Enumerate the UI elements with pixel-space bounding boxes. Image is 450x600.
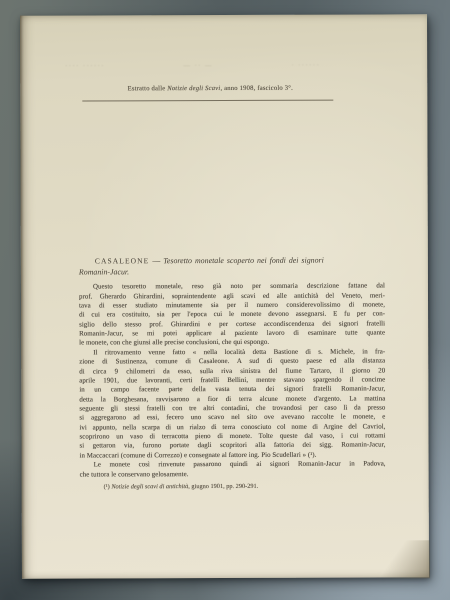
article-title: CASALEONE — Tesoretto monetale scoperto … xyxy=(79,254,385,278)
edition-note: Estratto dalle Notizie degli Scavi, anno… xyxy=(60,85,360,93)
show-through-marks: ···· ······ — ·· — · ······ xyxy=(65,62,320,70)
footnote-marker: (¹) xyxy=(104,484,112,491)
edition-note-suffix: , anno 1908, fascicolo 3°. xyxy=(220,85,293,92)
body-line: zione di Sustinenza, comune di Casaleone… xyxy=(79,357,385,367)
body-line: in un campo facente parte della vasta te… xyxy=(79,385,385,395)
journal-name: Notizie degli Scavi xyxy=(167,85,220,92)
title-italic-part2: Romanin-Jacur. xyxy=(79,268,129,277)
place-name: CASALEONE xyxy=(95,256,150,265)
document-page: ···· ······ — ·· — · ······ Estratto dal… xyxy=(20,14,429,578)
header-rule xyxy=(82,100,333,102)
body-text: Questo tesoretto monetale, reso già noto… xyxy=(79,282,386,480)
article-title-line2: Romanin-Jacur. xyxy=(79,266,385,278)
photo-background: ···· ······ — ·· — · ······ Estratto dal… xyxy=(0,0,450,600)
title-dash: — xyxy=(149,256,163,265)
edition-note-prefix: Estratto dalle xyxy=(128,85,168,92)
footnote-journal: Notizie degli scavi di antichità xyxy=(111,483,188,490)
body-line: Romanin-Jacur, se mi potei applicare al … xyxy=(79,329,385,339)
page-corner-fold xyxy=(374,540,430,578)
body-line: si gettaron via, furono portate dagli sc… xyxy=(80,441,386,451)
body-line: che tuttora le conservano gelosamente. xyxy=(80,469,386,479)
page-left-edge xyxy=(20,16,26,579)
show-through-right: · ······ xyxy=(291,62,320,69)
footnote: (¹) Notizie degli scavi di antichità, gi… xyxy=(80,483,386,491)
article: CASALEONE — Tesoretto monetale scoperto … xyxy=(79,254,386,490)
body-line: Le monete così rinvenute passarono quind… xyxy=(80,460,386,470)
title-italic-part: Tesoretto monetale scoperto nei fondi de… xyxy=(163,256,324,266)
footnote-rest: , giugno 1901, pp. 290-291. xyxy=(188,483,258,490)
show-through-center: — ·· — xyxy=(183,62,213,69)
show-through-left: ···· ······ xyxy=(65,62,105,69)
